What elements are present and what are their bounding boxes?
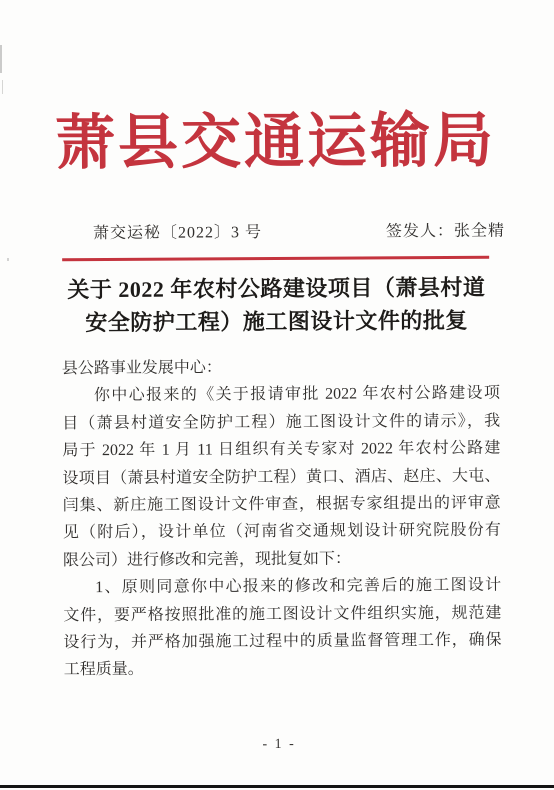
text-line: 设行为，并严格加强施工过程中的质量监督管理工作，确保	[63, 627, 501, 657]
scanned-document-screen: 萧县交通运输局 萧交运秘〔2022〕3 号 签发人：张全精 关于 2022 年农…	[0, 0, 554, 790]
text-line: 闫集、新庄施工图设计文件审查，根据专家组提出的评审意	[63, 490, 501, 520]
text-line: 局于 2022 年 1 月 11 日组织有关专家对 2022 年农村公路建	[62, 435, 500, 465]
scan-smudge	[7, 258, 9, 261]
text-line: 你中心报来的《关于报请审批 2022 年农村公路建设项	[62, 380, 500, 410]
text-line: 工程质量。	[64, 654, 502, 684]
page-number: - 1 -	[2, 734, 554, 755]
document-title: 关于 2022 年农村公路建设项目（萧县村道安全防护工程）施工图设计文件的批复	[29, 270, 523, 339]
issuer-name: 签发人：张全精	[386, 221, 505, 244]
scan-smudge	[0, 45, 2, 73]
text-line: 目（萧县村道安全防护工程）施工图设计文件的请示》，我	[62, 407, 500, 437]
document-body: 县公路事业发展中心： 你中心报来的《关于报请审批 2022 年农村公路建设项目（…	[62, 353, 502, 685]
text-line: 设项目（萧县村道安全防护工程）黄口、酒店、赵庄、大屯、	[62, 462, 500, 492]
scan-smudge	[2, 80, 3, 94]
document-info-row: 萧交运秘〔2022〕3 号 签发人：张全精	[93, 221, 505, 246]
text-line: 1、原则同意你中心报来的修改和完善后的施工图设计	[63, 572, 501, 602]
body-paragraph-2: 1、原则同意你中心报来的修改和完善后的施工图设计文件，要严格按照批准的施工图设计…	[63, 572, 502, 684]
document-number: 萧交运秘〔2022〕3 号	[93, 222, 262, 245]
text-line: 安全防护工程）施工图设计文件的批复	[29, 303, 523, 339]
agency-name-masthead: 萧县交通运输局	[8, 102, 542, 181]
body-paragraph-1: 你中心报来的《关于报请审批 2022 年农村公路建设项目（萧县村道安全防护工程）…	[62, 380, 501, 575]
text-line: 见（附后），设计单位（河南省交通规划设计研究院股份有	[63, 517, 501, 547]
text-line: 文件，要严格按照批准的施工图设计文件组织实施，规范建	[63, 599, 501, 629]
document-page: 萧县交通运输局 萧交运秘〔2022〕3 号 签发人：张全精 关于 2022 年农…	[0, 0, 554, 790]
header-divider-rule	[62, 256, 489, 262]
text-line: 关于 2022 年农村公路建设项目（萧县村道	[29, 270, 523, 306]
text-line: 限公司）进行修改和完善，现批复如下：	[63, 544, 501, 574]
scan-bottom-edge	[0, 785, 554, 788]
salutation-line: 县公路事业发展中心：	[62, 353, 500, 383]
